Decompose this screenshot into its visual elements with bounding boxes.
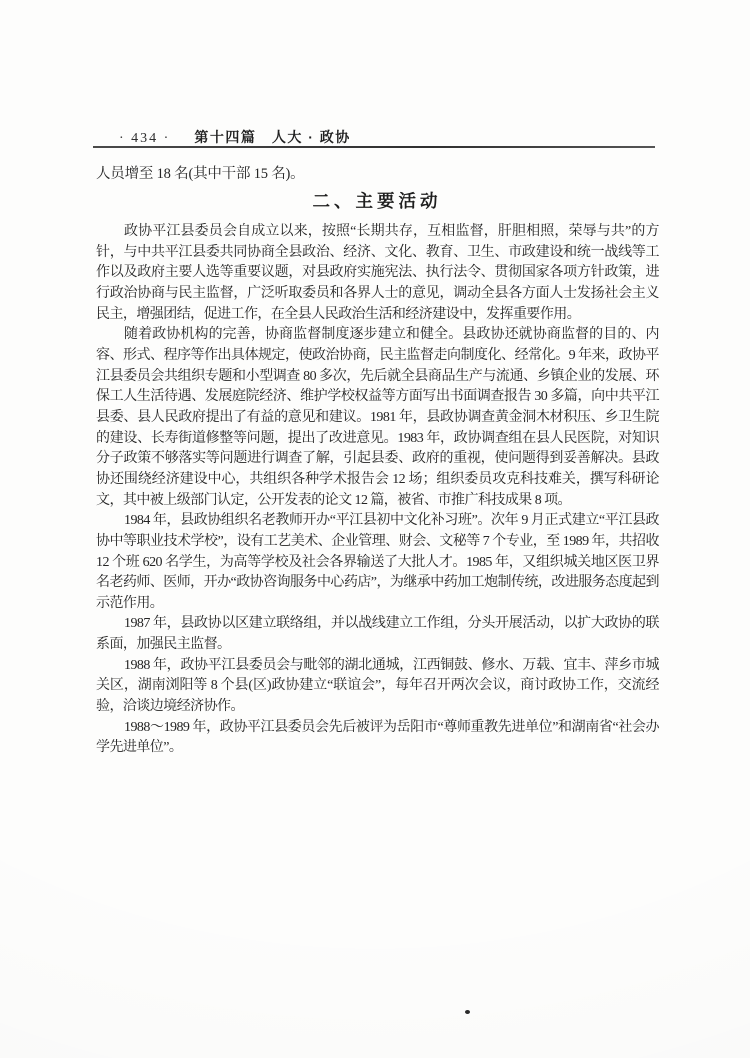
chapter-title: 第十四篇 人大 · 政协 xyxy=(194,129,350,145)
page-number: · 434 · xyxy=(119,131,170,146)
scanned-book-page: · 434 ·第十四篇 人大 · 政协 人员增至 18 名(其中干部 15 名)… xyxy=(0,0,750,1058)
paragraph-5: 1988 年，政协平江县委员会与毗邻的湖北通城，江西铜鼓、修水、万载、宜丰、萍乡… xyxy=(96,656,659,718)
paragraph-2: 随着政协机构的完善，协商监督制度逐步建立和健全。县政协还就协商监督的目的、内容、… xyxy=(96,325,659,511)
body-text: 政协平江县委员会自成立以来，按照“长期共存，互相监督，肝胆相照，荣辱与共”的方针… xyxy=(96,222,659,759)
running-header: · 434 ·第十四篇 人大 · 政协 xyxy=(119,127,351,147)
paragraph-4: 1987 年，县政协以区建立联络组，并以战线建立工作组，分头开展活动，以扩大政协… xyxy=(96,614,659,655)
paragraph-3: 1984 年，县政协组织名老教师开办“平江县初中文化补习班”。次年 9 月正式建… xyxy=(96,511,659,614)
paragraph-1: 政协平江县委员会自成立以来，按照“长期共存，互相监督，肝胆相照，荣辱与共”的方针… xyxy=(96,222,659,325)
scan-speckle-artifact xyxy=(465,1010,470,1014)
paragraph-6: 1988～1989 年，政协平江县委员会先后被评为岳阳市“尊师重教先进单位”和湖… xyxy=(96,718,659,759)
header-rule xyxy=(93,146,655,148)
carryover-line: 人员增至 18 名(其中干部 15 名)。 xyxy=(96,162,304,183)
section-heading: 二、主要活动 xyxy=(96,188,658,213)
